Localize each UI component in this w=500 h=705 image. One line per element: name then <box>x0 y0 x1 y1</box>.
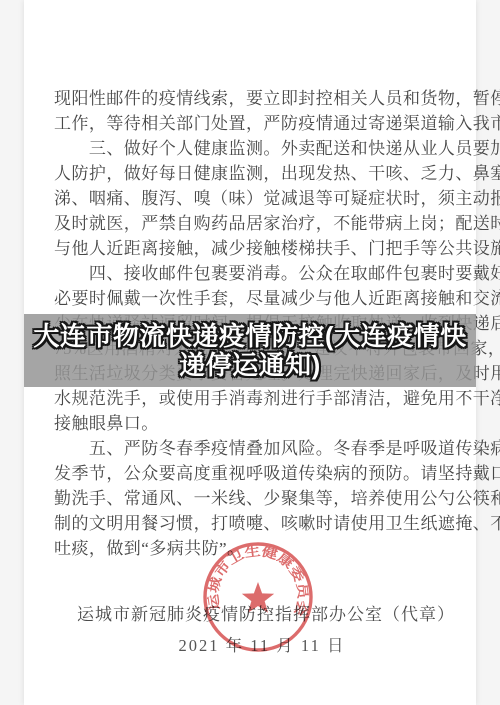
doc-line: 水规范洗手，或使用手消毒剂进行手部清洁，避免用不干净的手 <box>54 386 450 411</box>
doc-line: 勤洗手、常通风、一米线、少聚集等，培养使用公勺公筷和分餐 <box>54 486 450 511</box>
doc-line: 五、严防冬春季疫情叠加风险。冬春季是呼吸道传染病的高 <box>54 436 450 461</box>
doc-line: 四、接收邮件包裹要消毒。公众在取邮件包裹时要戴好口罩， <box>54 261 450 286</box>
seal-arc-text: 运城市卫生健康委员会 <box>205 543 310 618</box>
doc-line: 与他人近距离接触，减少接触楼梯扶手、门把手等公共设施。 <box>54 236 450 261</box>
doc-line: 现阳性邮件的疫情线索，要立即封控相关人员和货物，暂停经营 <box>54 86 450 111</box>
official-red-seal: 运城市卫生健康委员会 <box>200 539 316 655</box>
doc-line: 制的文明用餐习惯，打喷嚏、咳嗽时请使用卫生纸遮掩、不随地 <box>54 511 450 536</box>
doc-line: 人防护，做好每日健康监测，出现发热、干咳、乏力、鼻塞、流 <box>54 161 450 186</box>
doc-line: 三、做好个人健康监测。外卖配送和快递从业人员要加强个 <box>54 136 450 161</box>
overlay-title-line-2: 递停运通知) <box>179 351 321 380</box>
overlay-title-line-1: 大连市物流快递疫情防控(大连疫情快 <box>33 322 466 351</box>
doc-line: 工作，等待相关部门处置，严防疫情通过寄递渠道输入我市。 <box>54 111 450 136</box>
seal-star-icon <box>242 582 274 613</box>
document-page: 现阳性邮件的疫情线索，要立即封控相关人员和货物，暂停经营 工作，等待相关部门处置… <box>24 0 476 705</box>
seal-arc-text-container: 运城市卫生健康委员会 <box>205 543 310 618</box>
doc-line: 接触眼鼻口。 <box>54 411 450 436</box>
overlay-title-banner: 大连市物流快递疫情防控(大连疫情快 递停运通知) <box>24 314 476 387</box>
doc-line: 涕、咽痛、腹泻、嗅（味）觉减退等可疑症状时，须主动报告、 <box>54 186 450 211</box>
doc-line: 及时就医，严禁自购药品居家治疗，不能带病上岗；配送时避免 <box>54 211 450 236</box>
screenshot-viewport: 现阳性邮件的疫情线索，要立即封控相关人员和货物，暂停经营 工作，等待相关部门处置… <box>0 0 500 705</box>
doc-line: 必要时佩戴一次性手套，尽量减少与他人近距离接触和交流，减 <box>54 286 450 311</box>
doc-line: 发季节，公众要高度重视呼吸道传染病的预防。请坚持戴口罩、 <box>54 461 450 486</box>
